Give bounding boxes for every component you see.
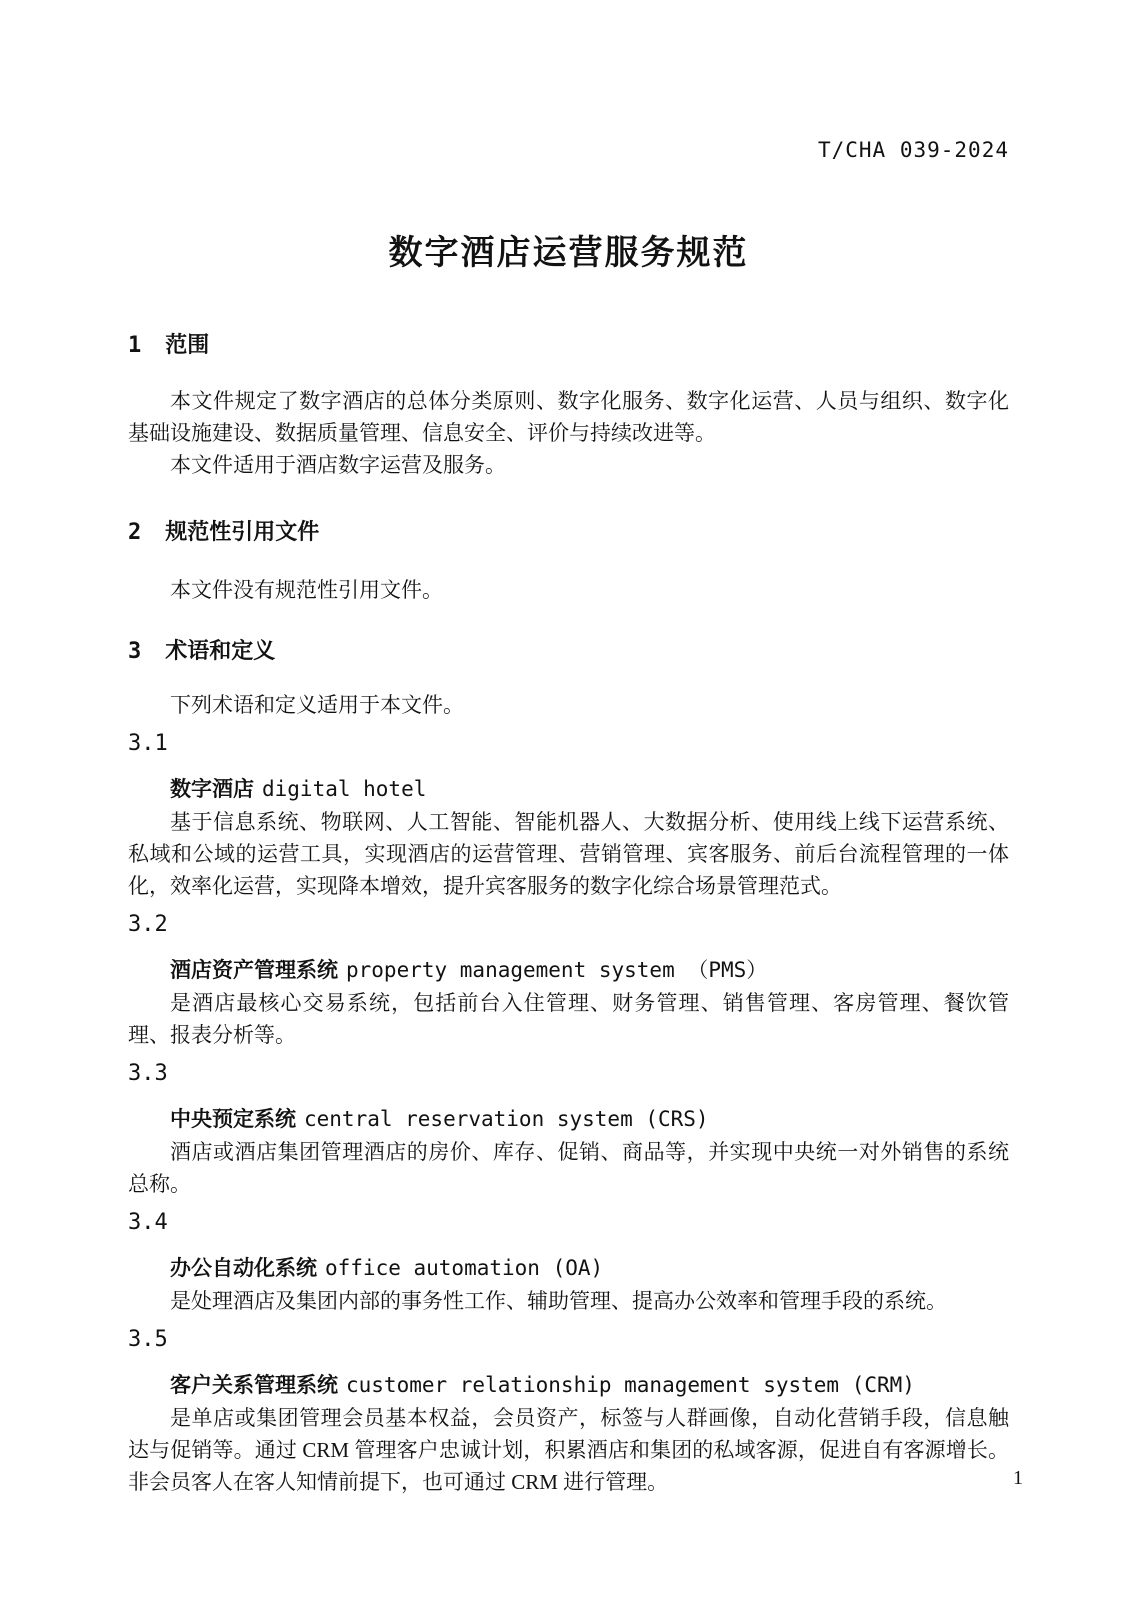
term-heading: 中央预定系统central reservation system (CRS) — [128, 1103, 1009, 1136]
clause-paragraph: 本文件没有规范性引用文件。 — [128, 574, 1009, 606]
term-number: 3.1 — [128, 731, 1009, 757]
clause-paragraph: 下列术语和定义适用于本文件。 — [128, 689, 1009, 721]
clause-normative-references: 2规范性引用文件 本文件没有规范性引用文件。 — [128, 517, 1009, 606]
term-3-5: 3.5 客户关系管理系统customer relationship manage… — [128, 1327, 1009, 1498]
term-definition: 基于信息系统、物联网、人工智能、智能机器人、大数据分析、使用线上线下运营系统、私… — [128, 806, 1009, 902]
clause-title: 规范性引用文件 — [165, 519, 319, 544]
page-title: 数字酒店运营服务规范 — [128, 230, 1009, 276]
page-number: 1 — [1013, 1466, 1023, 1490]
clause-scope: 1范围 本文件规定了数字酒店的总体分类原则、数字化服务、数字化运营、人员与组织、… — [128, 330, 1009, 481]
clause-heading: 2规范性引用文件 — [128, 517, 1009, 548]
term-name-en: digital hotel — [262, 777, 426, 801]
clause-number: 2 — [128, 518, 141, 548]
clause-title: 范围 — [165, 332, 209, 357]
term-name-en: property management system （PMS） — [346, 958, 767, 982]
term-name-zh: 客户关系管理系统 — [170, 1374, 338, 1397]
term-number: 3.4 — [128, 1210, 1009, 1236]
term-heading: 数字酒店digital hotel — [128, 773, 1009, 806]
term-number: 3.2 — [128, 912, 1009, 938]
term-3-4: 3.4 办公自动化系统office automation (OA) 是处理酒店及… — [128, 1210, 1009, 1317]
clause-paragraph: 本文件适用于酒店数字运营及服务。 — [128, 449, 1009, 481]
clause-number: 3 — [128, 637, 141, 667]
term-definition: 酒店或酒店集团管理酒店的房价、库存、促销、商品等，并实现中央统一对外销售的系统总… — [128, 1136, 1009, 1200]
clause-number: 1 — [128, 331, 141, 361]
term-name-zh: 数字酒店 — [170, 778, 254, 801]
term-name-zh: 办公自动化系统 — [170, 1257, 317, 1280]
term-definition: 是酒店最核心交易系统，包括前台入住管理、财务管理、销售管理、客房管理、餐饮管理、… — [128, 987, 1009, 1051]
clause-heading: 1范围 — [128, 330, 1009, 361]
clause-terms-definitions: 3术语和定义 下列术语和定义适用于本文件。 — [128, 636, 1009, 721]
term-definition: 是处理酒店及集团内部的事务性工作、辅助管理、提高办公效率和管理手段的系统。 — [128, 1285, 1009, 1317]
term-3-1: 3.1 数字酒店digital hotel 基于信息系统、物联网、人工智能、智能… — [128, 731, 1009, 902]
term-name-en: customer relationship management system … — [346, 1373, 915, 1397]
document-page: T/CHA 039-2024 数字酒店运营服务规范 1范围 本文件规定了数字酒店… — [0, 0, 1131, 1600]
term-definition: 是单店或集团管理会员基本权益，会员资产，标签与人群画像，自动化营销手段，信息触达… — [128, 1402, 1009, 1498]
term-3-2: 3.2 酒店资产管理系统property management system （… — [128, 912, 1009, 1051]
term-number: 3.3 — [128, 1061, 1009, 1087]
term-number: 3.5 — [128, 1327, 1009, 1353]
clause-heading: 3术语和定义 — [128, 636, 1009, 667]
term-name-zh: 中央预定系统 — [170, 1108, 296, 1131]
term-heading: 办公自动化系统office automation (OA) — [128, 1252, 1009, 1285]
clause-paragraph: 本文件规定了数字酒店的总体分类原则、数字化服务、数字化运营、人员与组织、数字化基… — [128, 385, 1009, 449]
clause-title: 术语和定义 — [165, 638, 275, 663]
term-name-en: office automation (OA) — [325, 1256, 603, 1280]
doc-number: T/CHA 039-2024 — [128, 138, 1009, 162]
term-3-3: 3.3 中央预定系统central reservation system (CR… — [128, 1061, 1009, 1200]
term-name-en: central reservation system (CRS) — [304, 1107, 709, 1131]
term-heading: 客户关系管理系统customer relationship management… — [128, 1369, 1009, 1402]
term-heading: 酒店资产管理系统property management system （PMS） — [128, 954, 1009, 987]
term-name-zh: 酒店资产管理系统 — [170, 959, 338, 982]
